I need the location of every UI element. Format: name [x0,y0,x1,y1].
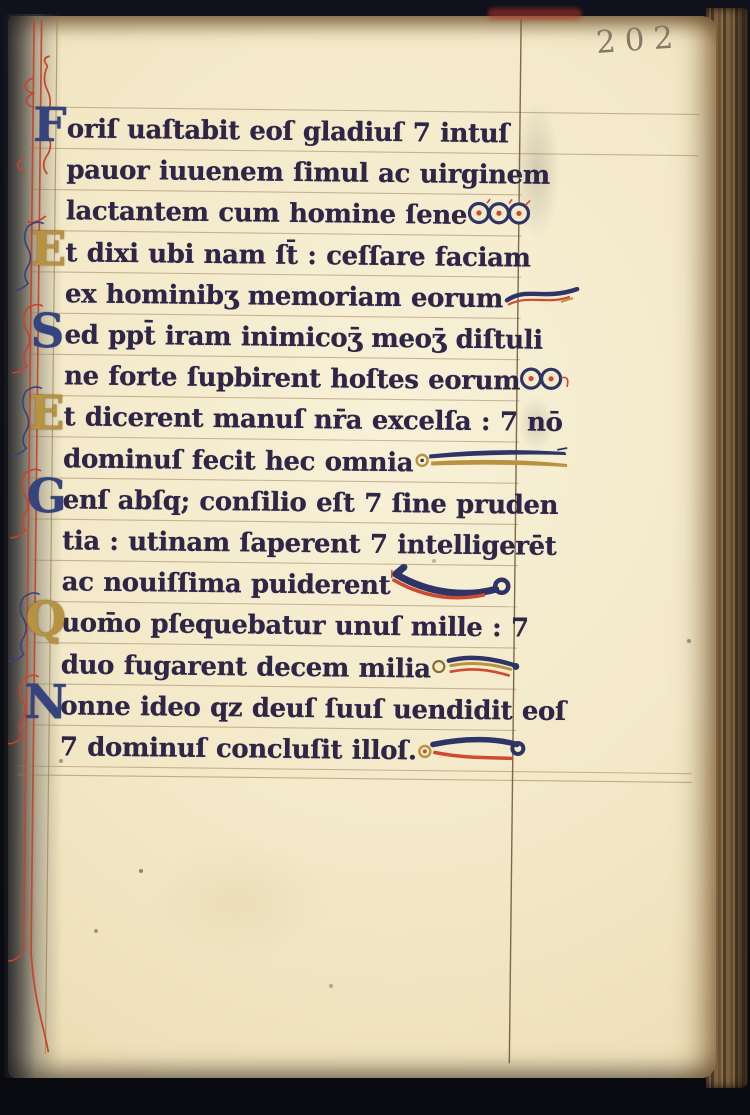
versal-initial: F [31,103,70,149]
line-text: pauor iuuenem ſimul ac uirginem [66,151,550,194]
circle-swoosh-long-line-filler-icon [416,732,528,774]
versal-initial: E [27,391,66,437]
text-line: Et dixi ubi nam ſt̄ : ceſſare faciam [65,231,517,277]
text-line: ac nouiſſima puiderent [62,560,514,606]
line-text: tia : utinam ſaperent 7 intelligerēt [62,522,557,566]
text-line: tia : utinam ſaperent 7 intelligerēt [62,519,514,565]
text-line: lactantem cum homine ſene [66,190,518,236]
writing-area: Foriſ uaſtabit eoſ gladiuſ 7 intuſpauor … [0,0,750,1115]
folio-number: 202 [595,19,683,61]
versal-initial: G [26,474,65,520]
line-text: t dicerent manuſ nr̄a excelſa : 7 nō [63,399,562,443]
text-line: dominuſ fecit hec omnia [63,437,515,483]
line-text: ac nouiſſima puiderent [62,563,391,605]
text-line: duo fugarent decem milia [61,643,513,689]
line-text: enſ abſq; conſilio eſt 7 ſine pruden [62,481,558,525]
line-text: t dixi ubi nam ſt̄ : ceſſare faciam [65,234,531,277]
line-text: duo fugarent decem milia [61,646,431,688]
versal-initial: Q [25,597,64,643]
text-line: 7 dominuſ concluſit illoſ. [60,725,512,771]
text-line: pauor iuuenem ſimul ac uirginem [66,148,518,194]
pen-line-line-filler-icon [413,445,571,486]
circles-3-line-filler-icon [467,198,533,238]
manuscript-photo: 202 Foriſ uaſtabit eoſ gladiuſ 7 intuſpa… [0,0,750,1115]
text-line: Nonne ideo qz deuſ ſuuſ uendidit eoſ [60,684,512,730]
line-text: oriſ uaſtabit eoſ gladiuſ 7 intuſ [67,110,510,153]
versal-initial: E [29,226,68,272]
line-text: ne forte ſupbirent hoſtes eorum [64,357,521,400]
text-line: ex hominibʒ memoriam eorum [65,272,517,318]
line-text: uom̄o pſequebatur unuſ mille : 7 [61,605,529,648]
swoosh-line-filler-icon [503,282,583,321]
versal-initial: N [24,680,63,726]
versal-initial: S [28,309,67,355]
circle-swoosh-line-filler-icon [430,651,522,691]
line-text: 7 dominuſ concluſit illoſ. [60,728,417,770]
line-text: dominuſ fecit hec omnia [63,440,413,482]
line-text: ex hominibʒ memoriam eorum [65,275,503,318]
text-line: Quom̄o pſequebatur unuſ mille : 7 [61,602,513,648]
text-line: Genſ abſq; conſilio eſt 7 ſine pruden [62,478,514,524]
line-text: onne ideo qz deuſ ſuuſ uendidit eoſ [60,687,566,731]
line-text: ed ppt̄ iram inimicoʒ̄ meoʒ̄ diſtuli [64,316,543,359]
circles-2-line-filler-icon [520,364,570,404]
text-line: Foriſ uaſtabit eoſ gladiuſ 7 intuſ [67,107,519,153]
text-line: ne forte ſupbirent hoſtes eorum [64,354,516,400]
text-line: Sed ppt̄ iram inimicoʒ̄ meoʒ̄ diſtuli [64,313,516,359]
line-text: lactantem cum homine ſene [66,193,467,236]
text-line: Et dicerent manuſ nr̄a excelſa : 7 nō [63,396,515,442]
